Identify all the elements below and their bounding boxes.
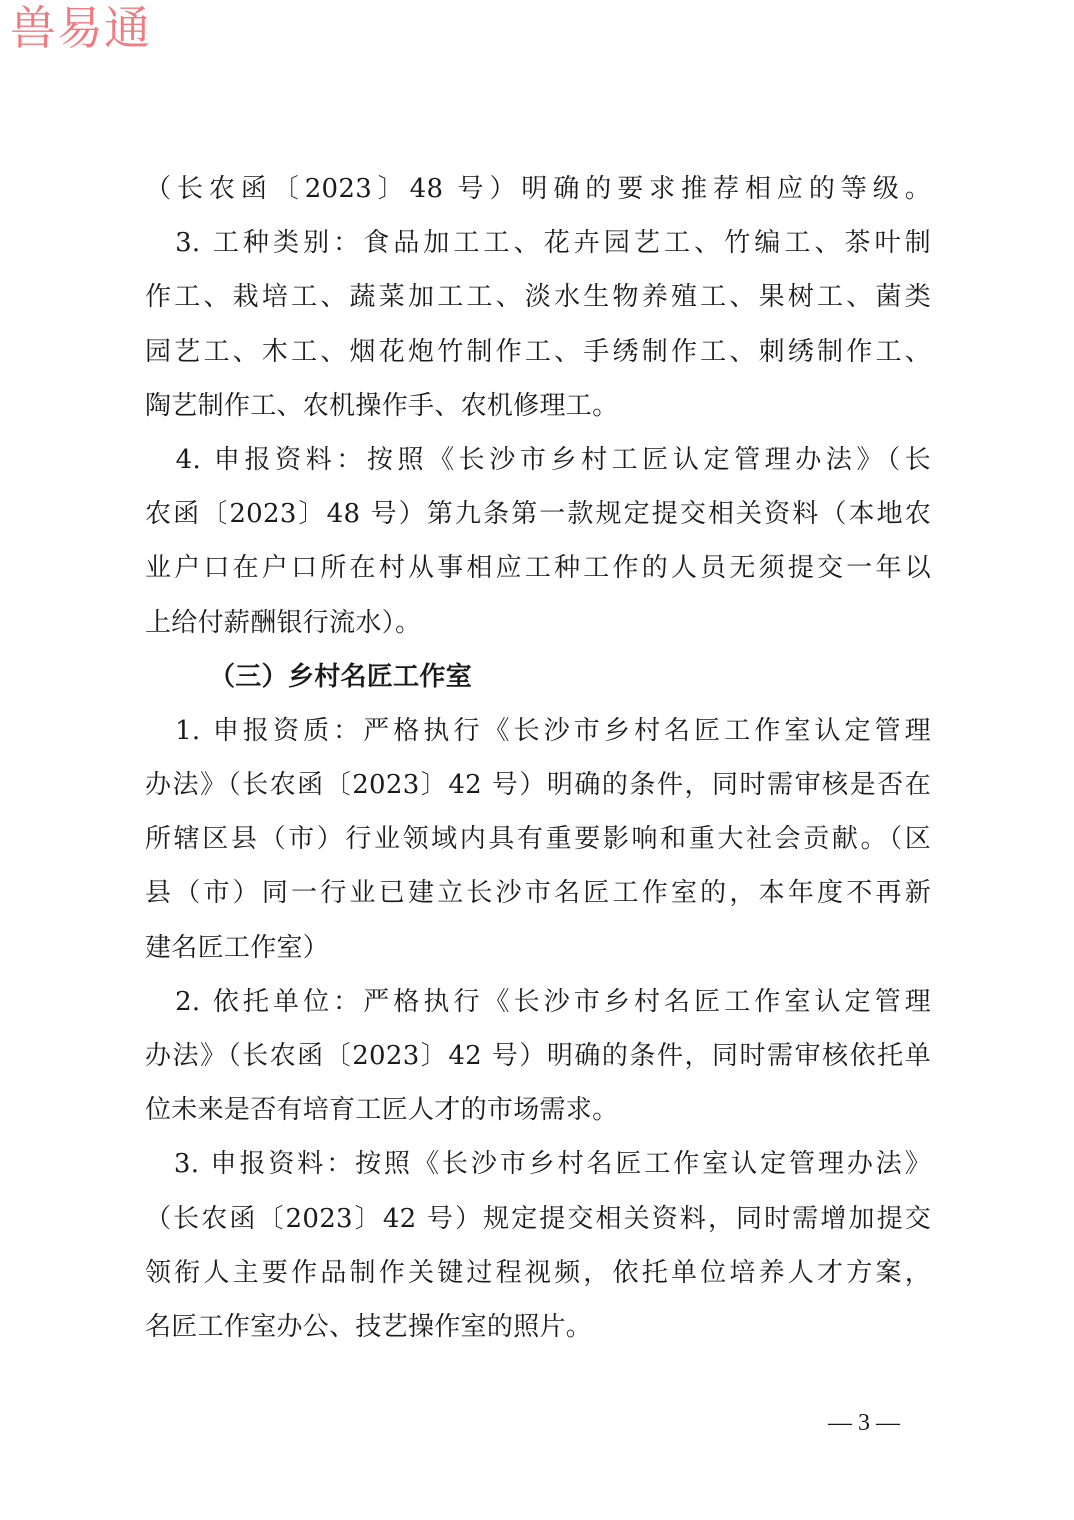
page-number: — 3 — (828, 1410, 900, 1437)
paragraph-line: 办法》（长农函〔2023〕42 号）明确的条件，同时需审核依托单 (145, 1029, 931, 1083)
paragraph-line: 3. 工种类别：食品加工工、花卉园艺工、竹编工、茶叶制 (145, 216, 931, 270)
paragraph-line: 领衔人主要作品制作关键过程视频，依托单位培养人才方案， (145, 1246, 931, 1300)
paragraph-line: 陶艺制作工、农机操作手、农机修理工。 (145, 379, 931, 433)
paragraph-line: （长农函〔2023〕48 号）明确的要求推荐相应的等级。 (145, 162, 931, 216)
paragraph-line: 3. 申报资料：按照《长沙市乡村名匠工作室认定管理办法》 (145, 1137, 931, 1191)
paragraph-line: 所辖区县（市）行业领域内具有重要影响和重大社会贡献。（区 (145, 812, 931, 866)
paragraph-line: 2. 依托单位：严格执行《长沙市乡村名匠工作室认定管理 (145, 975, 931, 1029)
paragraph-line: 作工、栽培工、蔬菜加工工、淡水生物养殖工、果树工、菌类 (145, 270, 931, 324)
paragraph-line: 农函〔2023〕48 号）第九条第一款规定提交相关资料（本地农 (145, 487, 931, 541)
paragraph-line: 名匠工作室办公、技艺操作室的照片。 (145, 1300, 931, 1354)
paragraph-line: 上给付薪酬银行流水）。 (145, 596, 931, 650)
paragraph-line: 办法》（长农函〔2023〕42 号）明确的条件，同时需审核是否在 (145, 758, 931, 812)
paragraph-line: （长农函〔2023〕42 号）规定提交相关资料，同时需增加提交 (145, 1192, 931, 1246)
watermark-logo: 兽易通 (10, 0, 151, 56)
paragraph-line: 业户口在户口所在村从事相应工种工作的人员无须提交一年以 (145, 541, 931, 595)
paragraph-line: 园艺工、木工、烟花炮竹制作工、手绣制作工、刺绣制作工、 (145, 325, 931, 379)
paragraph-line: 县（市）同一行业已建立长沙市名匠工作室的，本年度不再新 (145, 866, 931, 920)
paragraph-line: 1. 申报资质：严格执行《长沙市乡村名匠工作室认定管理 (145, 704, 931, 758)
paragraph-line: 建名匠工作室） (145, 921, 931, 975)
paragraph-line: 4. 申报资料：按照《长沙市乡村工匠认定管理办法》（长 (145, 433, 931, 487)
document-body: （长农函〔2023〕48 号）明确的要求推荐相应的等级。 3. 工种类别：食品加… (145, 162, 931, 1354)
section-heading: （三）乡村名匠工作室 (145, 650, 931, 704)
paragraph-line: 位未来是否有培育工匠人才的市场需求。 (145, 1083, 931, 1137)
